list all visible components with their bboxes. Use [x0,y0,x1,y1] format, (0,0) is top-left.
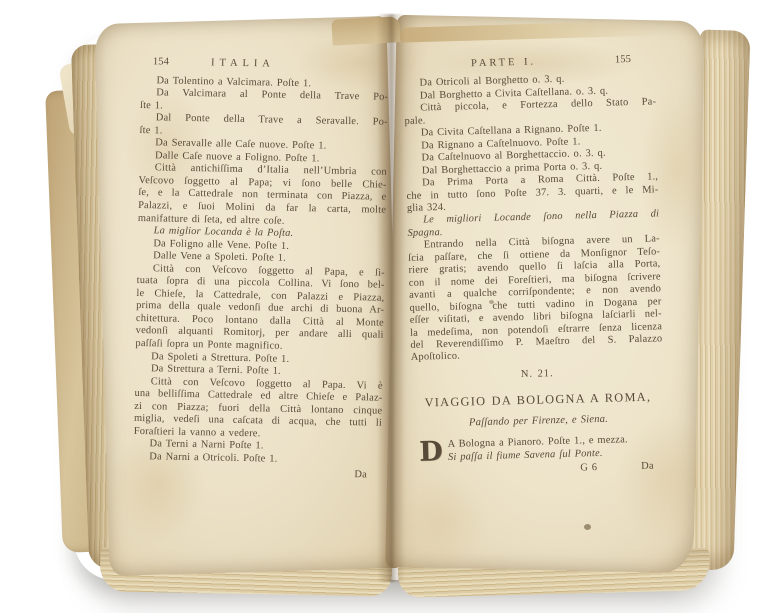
section-title: VIAGGIO DA BOLOGNA A ROMA, [412,391,664,410]
book-photo: 154 ITALIA Da Tolentino a Valcimara. Poſ… [0,0,768,613]
left-page-lines: Da Tolentino a Valcimara. Poſte 1.Da Val… [133,75,388,469]
opening-paragraph: D A Bologna a Pianoro. Poſte 1., e mezza… [413,434,666,465]
page-number-left: 154 [153,56,169,69]
drop-cap: D [419,440,443,465]
catchword-right: Da [641,461,654,474]
section-subtitle: Paſſando per Firenze, e Siena. [412,412,664,431]
right-page-lines: Da Otricoli al Borghetto o. 3. q.Dal Bor… [403,72,662,365]
right-page-text: PARTE I. 155 Da Otricoli al Borghetto o.… [403,53,666,479]
running-title-right: PARTE I. [471,57,536,71]
left-page-text: 154 ITALIA Da Tolentino a Valcimara. Poſ… [133,56,389,482]
section-number: N. 21. [411,365,663,384]
running-title-left: ITALIA [211,57,275,71]
signature-mark: G 6 [580,462,597,475]
page-number-right: 155 [615,54,632,67]
